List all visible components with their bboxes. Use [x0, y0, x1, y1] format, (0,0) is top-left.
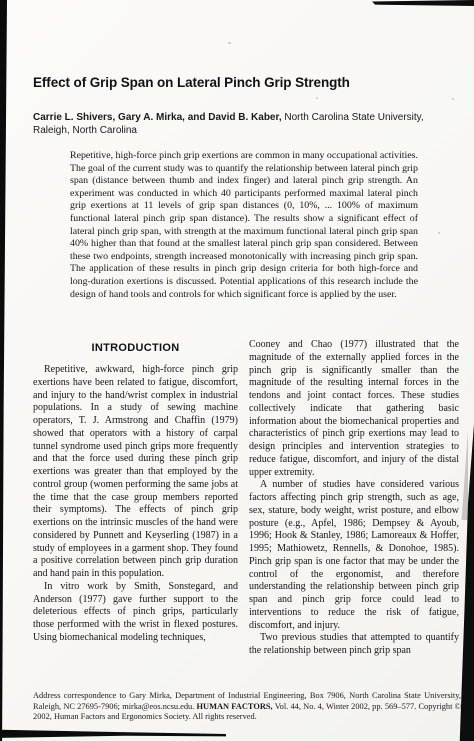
paragraph: In vitro work by Smith, Sonstegard, and … [33, 581, 238, 645]
correspondence-footnote: Address correspondence to Gary Mirka, De… [33, 691, 461, 722]
scan-speck [316, 97, 318, 99]
column-right: Cooney and Chao (1977) illustrated that … [249, 339, 459, 658]
paragraph: Cooney and Chao (1977) illustrated that … [249, 339, 459, 479]
paragraph: Two previous studies that attempted to q… [249, 632, 459, 658]
scan-speck [228, 42, 231, 44]
scan-artifact-bottom-bar [0, 729, 226, 738]
scan-artifact-bottom-right-shadow [460, 430, 468, 520]
paragraph: Repetitive, awkward, high-force pinch gr… [33, 364, 238, 581]
body-columns: INTRODUCTION Repetitive, awkward, high-f… [33, 339, 459, 658]
scanned-page: Effect of Grip Span on Lateral Pinch Gri… [0, 0, 474, 741]
scan-speck [452, 98, 454, 100]
article-title: Effect of Grip Span on Lateral Pinch Gri… [33, 75, 453, 90]
authors-line: Carrie L. Shivers, Gary A. Mirka, and Da… [33, 111, 455, 137]
column-left: INTRODUCTION Repetitive, awkward, high-f… [33, 339, 238, 658]
journal-name: HUMAN FACTORS, [197, 702, 273, 711]
paragraph: A number of studies have considered vari… [249, 479, 459, 632]
abstract: Repetitive, high-force pinch grip exerti… [70, 150, 418, 301]
scan-artifact-top-right-edge [372, 0, 474, 6]
scan-speck [438, 232, 440, 234]
author-names: Carrie L. Shivers, Gary A. Mirka, and Da… [33, 112, 282, 123]
scan-artifact-left-edge [0, 0, 7, 741]
section-heading-introduction: INTRODUCTION [33, 342, 238, 354]
